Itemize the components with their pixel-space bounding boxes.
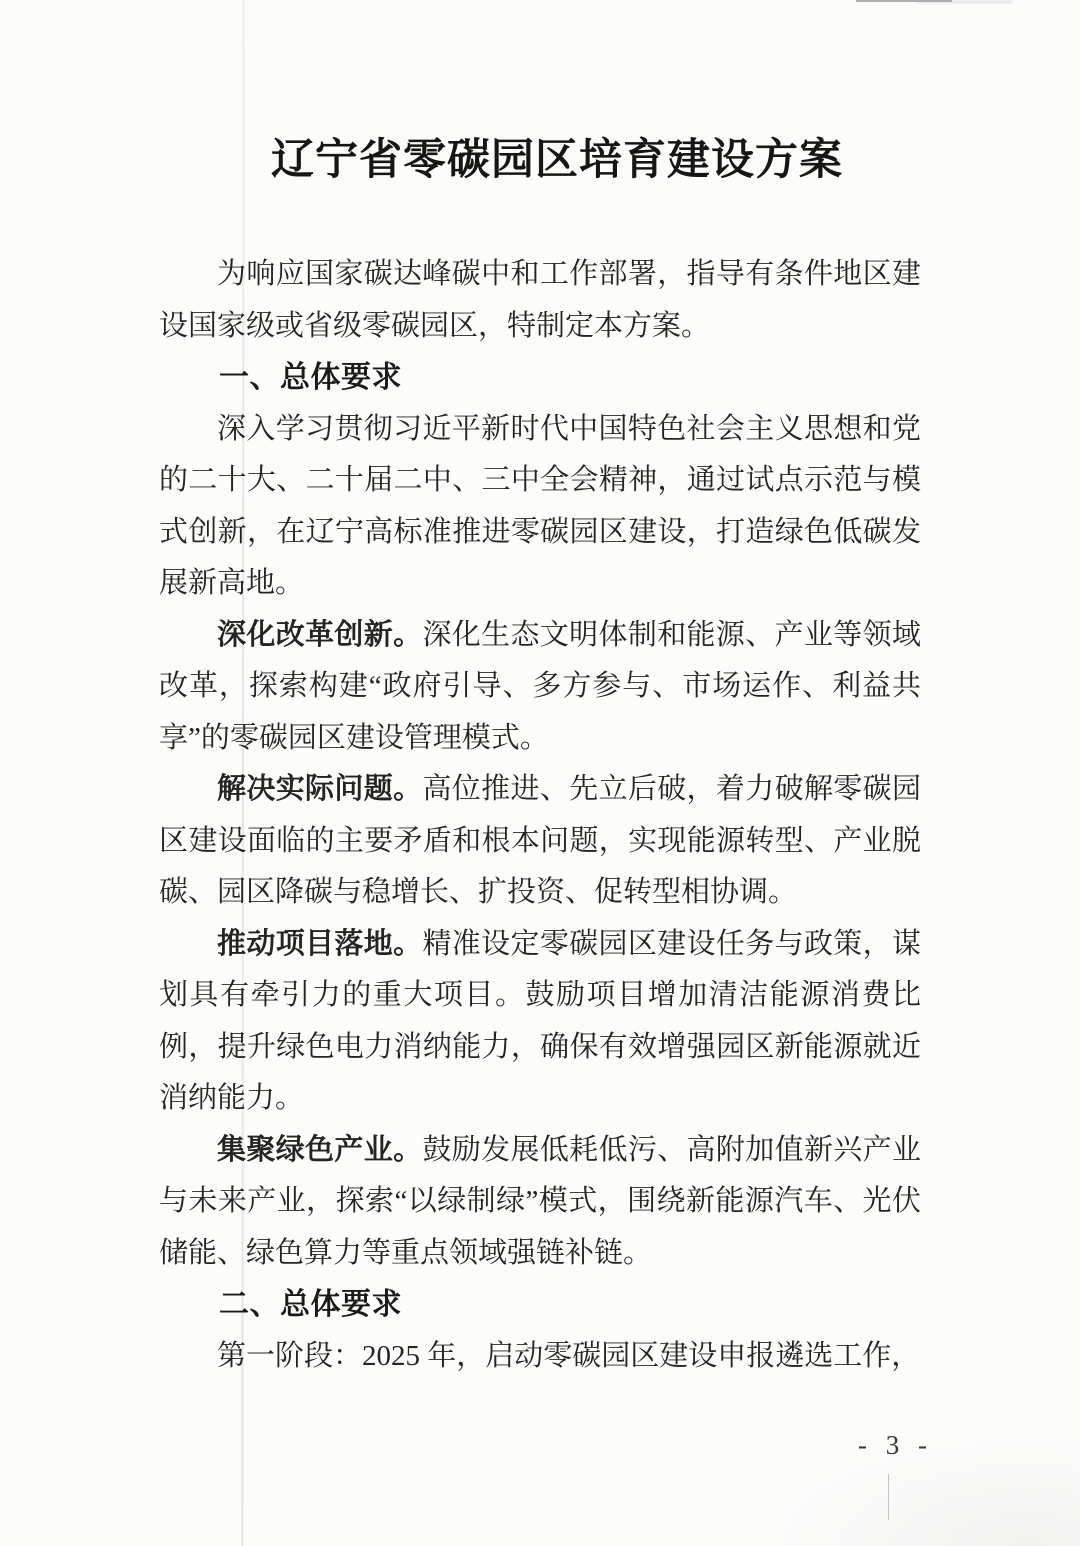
paragraph: 为响应国家碳达峰碳中和工作部署，指导有条件地区建设国家级或省级零碳园区，特制定本…: [159, 249, 921, 352]
paragraph-text: 为响应国家碳达峰碳中和工作部署，指导有条件地区建设国家级或省级零碳园区，特制定本…: [159, 258, 921, 342]
scanned-document-page: 辽宁省零碳园区培育建设方案 为响应国家碳达峰碳中和工作部署，指导有条件地区建设国…: [0, 0, 1080, 1546]
document-title: 辽宁省零碳园区培育建设方案: [159, 133, 921, 189]
paragraph-lead: 集聚绿色产业。: [217, 1134, 422, 1166]
page-number-tick: [888, 1474, 889, 1520]
paragraph: 解决实际问题。高位推进、先立后破，着力破解零碳园区建设面临的主要矛盾和根本问题，…: [159, 764, 921, 919]
scan-top-edge-mark: [856, 0, 952, 2]
paragraph: 推动项目落地。精准设定零碳园区建设任务与政策，谋划具有牵引力的重大项目。鼓励项目…: [159, 919, 921, 1125]
document-body: 为响应国家碳达峰碳中和工作部署，指导有条件地区建设国家级或省级零碳园区，特制定本…: [159, 249, 921, 1382]
paragraph: 第一阶段：2025 年，启动零碳园区建设申报遴选工作，: [159, 1331, 921, 1383]
paragraph: 集聚绿色产业。鼓励发展低耗低污、高附加值新兴产业与未来产业，探索“以绿制绿”模式…: [159, 1125, 921, 1280]
paragraph-text: 深入学习贯彻习近平新时代中国特色社会主义思想和党的二十大、二十届二中、三中全会精…: [159, 413, 921, 600]
paragraph-text: 第一阶段：2025 年，启动零碳园区建设申报遴选工作，: [217, 1340, 920, 1372]
paragraph-lead: 深化改革创新。: [217, 619, 422, 651]
paragraph: 深化改革创新。深化生态文明体制和能源、产业等领域改革，探索构建“政府引导、多方参…: [159, 610, 921, 765]
paragraph-lead: 推动项目落地。: [217, 928, 422, 960]
section-heading: 一、总体要求: [159, 352, 921, 404]
paragraph-lead: 解决实际问题。: [217, 773, 422, 805]
paragraph: 深入学习贯彻习近平新时代中国特色社会主义思想和党的二十大、二十届二中、三中全会精…: [159, 404, 921, 610]
page-number: - 3 -: [838, 1430, 948, 1461]
section-heading: 二、总体要求: [159, 1279, 921, 1331]
